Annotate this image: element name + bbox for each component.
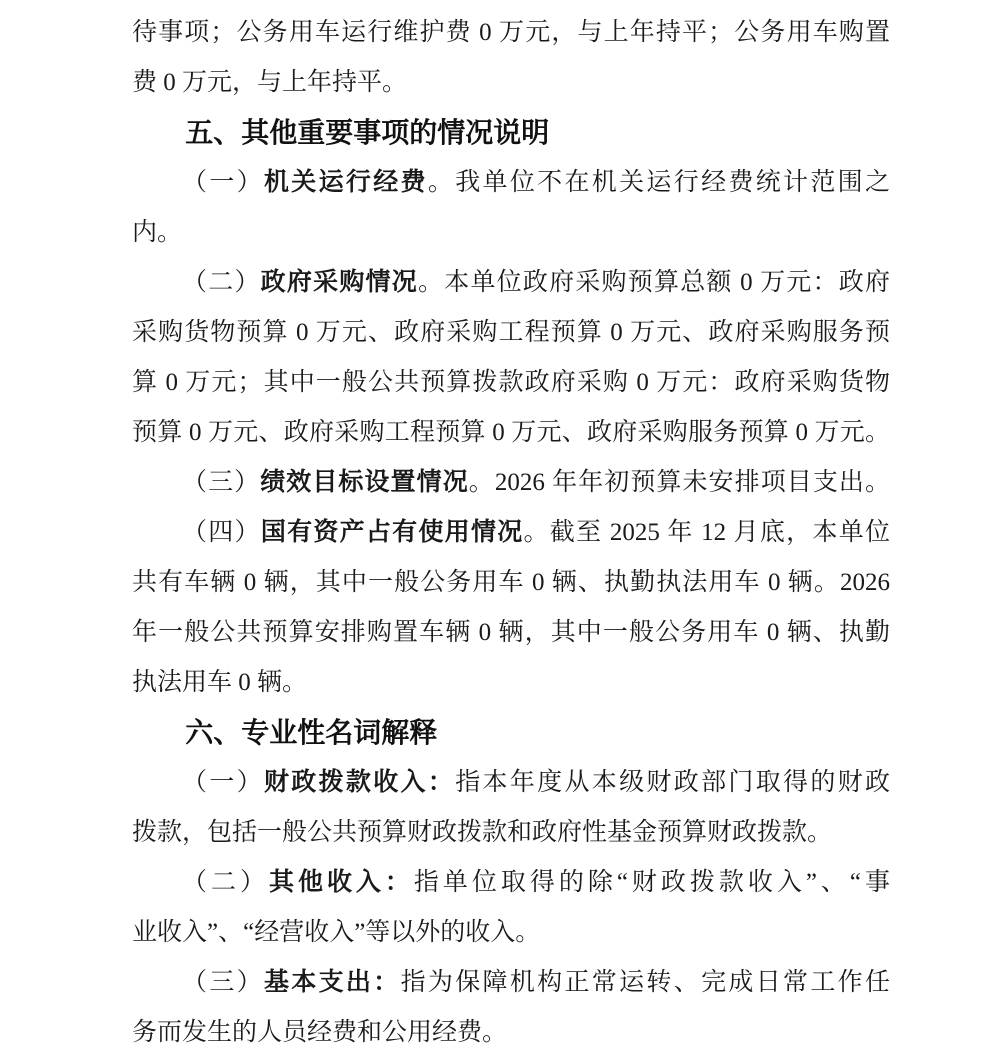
text-segment: （三） bbox=[182, 969, 264, 996]
text-line: 共有车辆 0 辆，其中一般公务用车 0 辆、执勤执法用车 0 辆。2026 bbox=[132, 558, 890, 608]
text-segment: 算 0 万元；其中一般公共预算拨款政府采购 0 万元：政府采购货物 bbox=[132, 369, 890, 396]
text-line: （二）其他收入：指单位取得的除“财政拨款收入”、“事 bbox=[132, 858, 890, 908]
text-segment: 预算 0 万元、政府采购工程预算 0 万元、政府采购服务预算 0 万元。 bbox=[132, 419, 890, 446]
bold-lead-in: 政府采购情况 bbox=[261, 269, 418, 296]
text-segment: 指为保障机构正常运转、完成日常工作任 bbox=[401, 969, 890, 996]
bold-lead-in: 国有资产占有使用情况 bbox=[261, 519, 524, 546]
bold-lead-in: 基本支出： bbox=[264, 969, 401, 996]
document-page: 待事项；公务用车运行维护费 0 万元，与上年持平；公务用车购置费 0 万元，与上… bbox=[0, 0, 1000, 1059]
text-segment: 业收入”、“经营收入”等以外的收入。 bbox=[132, 919, 540, 946]
text-segment: 内。 bbox=[132, 219, 182, 246]
text-line: 预算 0 万元、政府采购工程预算 0 万元、政府采购服务预算 0 万元。 bbox=[132, 408, 890, 458]
text-segment: 。本单位政府采购预算总额 0 万元：政府 bbox=[418, 269, 890, 296]
text-line: 待事项；公务用车运行维护费 0 万元，与上年持平；公务用车购置 bbox=[132, 8, 890, 58]
text-line: 务而发生的人员经费和公用经费。 bbox=[132, 1008, 890, 1058]
bold-lead-in: 机关运行经费 bbox=[264, 169, 428, 196]
text-segment: 执法用车 0 辆。 bbox=[132, 669, 307, 696]
text-segment: （四） bbox=[182, 519, 261, 546]
text-segment: 指本年度从本级财政部门取得的财政 bbox=[455, 769, 890, 796]
text-segment: （一） bbox=[182, 169, 264, 196]
text-segment: （二） bbox=[182, 869, 269, 896]
bold-lead-in: 其他收入： bbox=[269, 869, 414, 896]
text-segment: 务而发生的人员经费和公用经费。 bbox=[132, 1019, 507, 1046]
text-segment: 待事项；公务用车运行维护费 0 万元，与上年持平；公务用车购置 bbox=[132, 19, 890, 46]
bold-lead-in: 财政拨款收入： bbox=[264, 769, 455, 796]
text-segment: （二） bbox=[182, 269, 261, 296]
text-segment: 拨款，包括一般公共预算财政拨款和政府性基金预算财政拨款。 bbox=[132, 819, 832, 846]
text-segment: 。截至 2025 年 12 月底，本单位 bbox=[524, 519, 890, 546]
text-segment: 五、其他重要事项的情况说明 bbox=[185, 117, 549, 148]
text-line: （三）绩效目标设置情况。2026 年年初预算未安排项目支出。 bbox=[132, 458, 890, 508]
text-segment: 。我单位不在机关运行经费统计范围之 bbox=[428, 169, 890, 196]
text-segment: （三） bbox=[182, 469, 260, 496]
text-line: 业收入”、“经营收入”等以外的收入。 bbox=[132, 908, 890, 958]
text-line: （一）财政拨款收入：指本年度从本级财政部门取得的财政 bbox=[132, 758, 890, 808]
text-line: 拨款，包括一般公共预算财政拨款和政府性基金预算财政拨款。 bbox=[132, 808, 890, 858]
text-segment: 共有车辆 0 辆，其中一般公务用车 0 辆、执勤执法用车 0 辆。2026 bbox=[132, 569, 890, 596]
text-line: 算 0 万元；其中一般公共预算拨款政府采购 0 万元：政府采购货物 bbox=[132, 358, 890, 408]
text-segment: 。2026 年年初预算未安排项目支出。 bbox=[469, 469, 890, 496]
text-line: 内。 bbox=[132, 208, 890, 258]
text-line: （四）国有资产占有使用情况。截至 2025 年 12 月底，本单位 bbox=[132, 508, 890, 558]
text-line: （一）机关运行经费。我单位不在机关运行经费统计范围之 bbox=[132, 158, 890, 208]
document-body: 待事项；公务用车运行维护费 0 万元，与上年持平；公务用车购置费 0 万元，与上… bbox=[132, 8, 890, 1058]
text-segment: 年一般公共预算安排购置车辆 0 辆，其中一般公务用车 0 辆、执勤 bbox=[132, 619, 890, 646]
section-heading: 五、其他重要事项的情况说明 bbox=[132, 108, 890, 158]
text-segment: 费 0 万元，与上年持平。 bbox=[132, 69, 407, 96]
text-line: 执法用车 0 辆。 bbox=[132, 658, 890, 708]
text-line: 费 0 万元，与上年持平。 bbox=[132, 58, 890, 108]
text-line: 年一般公共预算安排购置车辆 0 辆，其中一般公务用车 0 辆、执勤 bbox=[132, 608, 890, 658]
text-line: （二）政府采购情况。本单位政府采购预算总额 0 万元：政府 bbox=[132, 258, 890, 308]
text-line: 采购货物预算 0 万元、政府采购工程预算 0 万元、政府采购服务预 bbox=[132, 308, 890, 358]
text-segment: 六、专业性名词解释 bbox=[185, 717, 437, 748]
text-line: （三）基本支出：指为保障机构正常运转、完成日常工作任 bbox=[132, 958, 890, 1008]
bold-lead-in: 绩效目标设置情况 bbox=[260, 469, 469, 496]
text-segment: 指单位取得的除“财政拨款收入”、“事 bbox=[414, 869, 890, 896]
text-segment: （一） bbox=[182, 769, 264, 796]
section-heading: 六、专业性名词解释 bbox=[132, 708, 890, 758]
text-segment: 采购货物预算 0 万元、政府采购工程预算 0 万元、政府采购服务预 bbox=[132, 319, 890, 346]
